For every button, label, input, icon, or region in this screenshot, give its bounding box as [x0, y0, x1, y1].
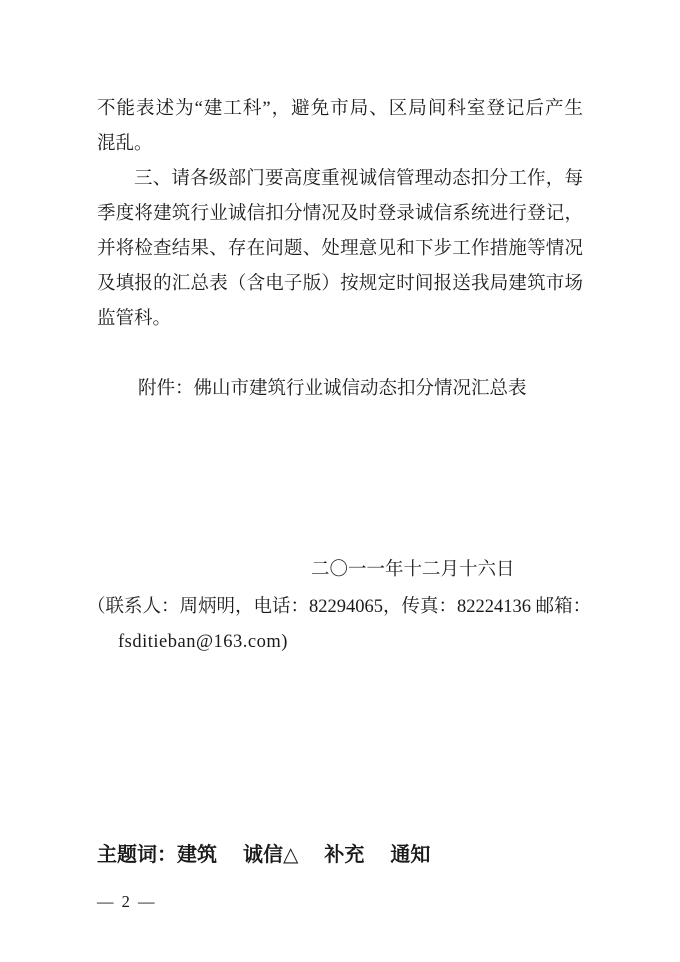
subject-keyword: 补充 [324, 844, 364, 866]
attachment-line: 附件：佛山市建筑行业诚信动态扣分情况汇总表 [97, 372, 583, 407]
contact-line: （联系人：周炳明，电话：82294065，传真：82224136 邮箱： [87, 590, 583, 625]
contact-info: （联系人：周炳明，电话：82294065，传真：82224136 邮箱： fsd… [97, 590, 583, 660]
subject-keyword: 建筑 [177, 844, 217, 866]
body-text-line: 混乱。 [97, 127, 583, 162]
paragraph-item-three: 三、请各级部门要高度重视诚信管理动态扣分工作，每 季度将建筑行业诚信扣分情况及时… [97, 162, 583, 337]
body-text-line: 及填报的汇总表（含电子版）按规定时间报送我局建筑市场 [97, 267, 583, 302]
subject-keyword: 诚信△ [243, 844, 298, 866]
body-text-line: 不能表述为“建工科”，避免市局、区局间科室登记后产生 [97, 92, 583, 127]
subject-keyword: 通知 [390, 844, 430, 866]
body-text-line: 季度将建筑行业诚信扣分情况及时登录诚信系统进行登记， [97, 197, 583, 232]
subject-keywords-line: 主题词：建筑诚信△补充通知 [97, 838, 583, 873]
contact-email-line: fsditieban@163.com) [118, 625, 583, 660]
document-page: 不能表述为“建工科”，避免市局、区局间科室登记后产生 混乱。 三、请各级部门要高… [0, 0, 680, 962]
date-line: 二〇一一年十二月十六日 [97, 553, 583, 588]
paragraph-continued: 不能表述为“建工科”，避免市局、区局间科室登记后产生 混乱。 [97, 92, 583, 162]
body-text-line: 并将检查结果、存在问题、处理意见和下步工作措施等情况 [97, 232, 583, 267]
document-content: 不能表述为“建工科”，避免市局、区局间科室登记后产生 混乱。 三、请各级部门要高… [97, 92, 583, 919]
page-number: — 2 — [97, 884, 583, 919]
subject-label: 主题词： [97, 844, 177, 866]
body-text-line: 监管科。 [97, 302, 583, 337]
body-text-line: 三、请各级部门要高度重视诚信管理动态扣分工作，每 [97, 162, 583, 197]
